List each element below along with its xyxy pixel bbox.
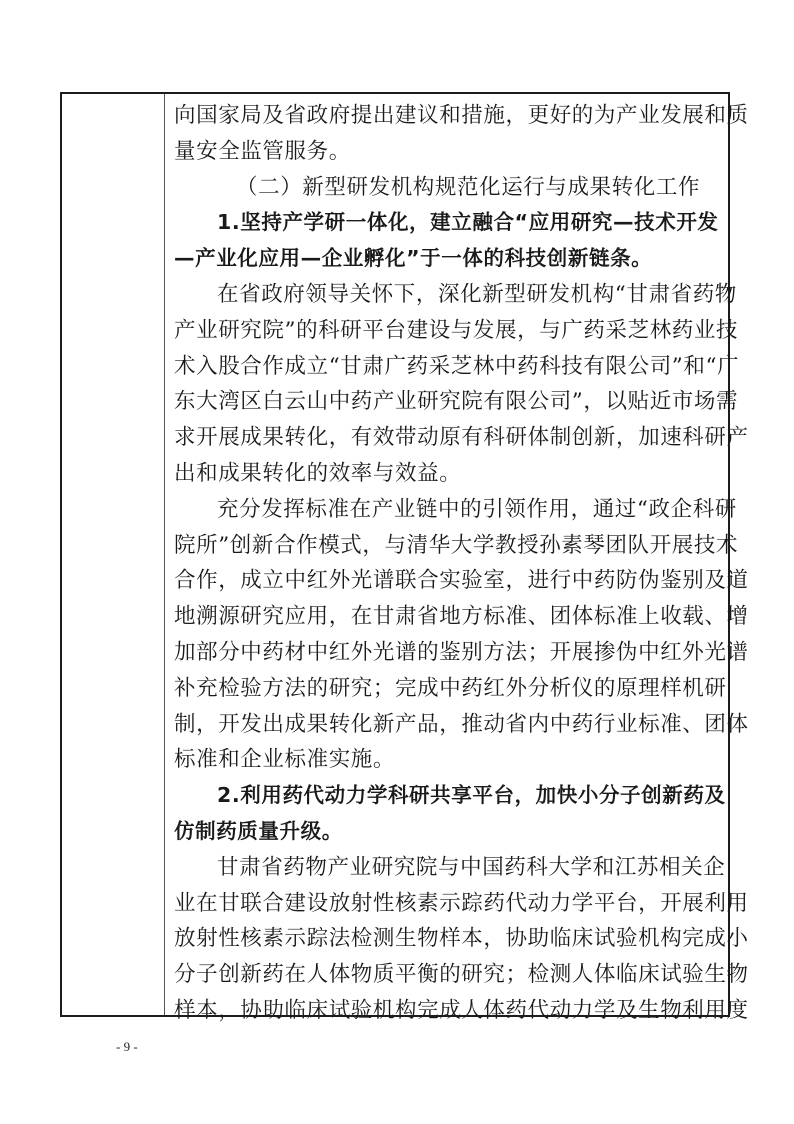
page-number: - 9 - <box>116 1039 138 1055</box>
body-line: 分子创新药在人体物质平衡的研究；检测人体临床试验生物 <box>174 957 720 993</box>
body-line: 业在甘联合建设放射性核素示踪药代动力学平台，开展利用 <box>174 886 720 922</box>
body-line: 制，开发出成果转化新产品，推动省内中药行业标准、团体 <box>174 707 720 743</box>
body-line: 放射性核素示踪法检测生物样本，协助临床试验机构完成小 <box>174 921 720 957</box>
table-right-column: 向国家局及省政府提出建议和措施，更好的为产业发展和质 量安全监管服务。 （二）新… <box>165 94 728 1015</box>
subheading-2-cont: 仿制药质量升级。 <box>174 814 720 850</box>
body-line: 出和成果转化的效率与效益。 <box>174 456 720 492</box>
body-line: 加部分中药材中红外光谱的鉴别方法；开展掺伪中红外光谱 <box>174 635 720 671</box>
body-line: 向国家局及省政府提出建议和措施，更好的为产业发展和质 <box>174 98 720 134</box>
body-line: 补充检验方法的研究；完成中药红外分析仪的原理样机研 <box>174 671 720 707</box>
subheading-1-cont: —产业化应用—企业孵化”于一体的科技创新链条。 <box>174 241 720 277</box>
body-line: 地溯源研究应用，在甘肃省地方标准、团体标准上收载、增 <box>174 599 720 635</box>
body-line: 量安全监管服务。 <box>174 134 720 170</box>
body-line: 术入股合作成立“甘肃广药采芝林中药科技有限公司”和“广 <box>174 349 720 385</box>
body-line: 东大湾区白云山中药产业研究院有限公司”，以贴近市场需 <box>174 384 720 420</box>
content-table: 向国家局及省政府提出建议和措施，更好的为产业发展和质 量安全监管服务。 （二）新… <box>60 92 730 1017</box>
body-line: 院所”创新合作模式，与清华大学教授孙素琴团队开展技术 <box>174 528 720 564</box>
section-heading: （二）新型研发机构规范化运行与成果转化工作 <box>174 170 720 206</box>
body-line: 求开展成果转化，有效带动原有科研体制创新，加速科研产 <box>174 420 720 456</box>
body-line: 甘肃省药物产业研究院与中国药科大学和江苏相关企 <box>174 850 720 886</box>
body-line: 标准和企业标准实施。 <box>174 742 720 778</box>
body-line: 样本，协助临床试验机构完成人体药代动力学及生物利用度 <box>174 993 720 1029</box>
body-line: 合作，成立中红外光谱联合实验室，进行中药防伪鉴别及道 <box>174 563 720 599</box>
subheading-1: 1.坚持产学研一体化，建立融合“应用研究—技术开发 <box>174 205 720 241</box>
body-line: 在省政府领导关怀下，深化新型研发机构“甘肃省药物 <box>174 277 720 313</box>
subheading-2: 2.利用药代动力学科研共享平台，加快小分子创新药及 <box>174 778 720 814</box>
table-left-column <box>62 94 165 1015</box>
body-line: 充分发挥标准在产业链中的引领作用，通过“政企科研 <box>174 492 720 528</box>
body-line: 产业研究院”的科研平台建设与发展，与广药采芝林药业技 <box>174 313 720 349</box>
